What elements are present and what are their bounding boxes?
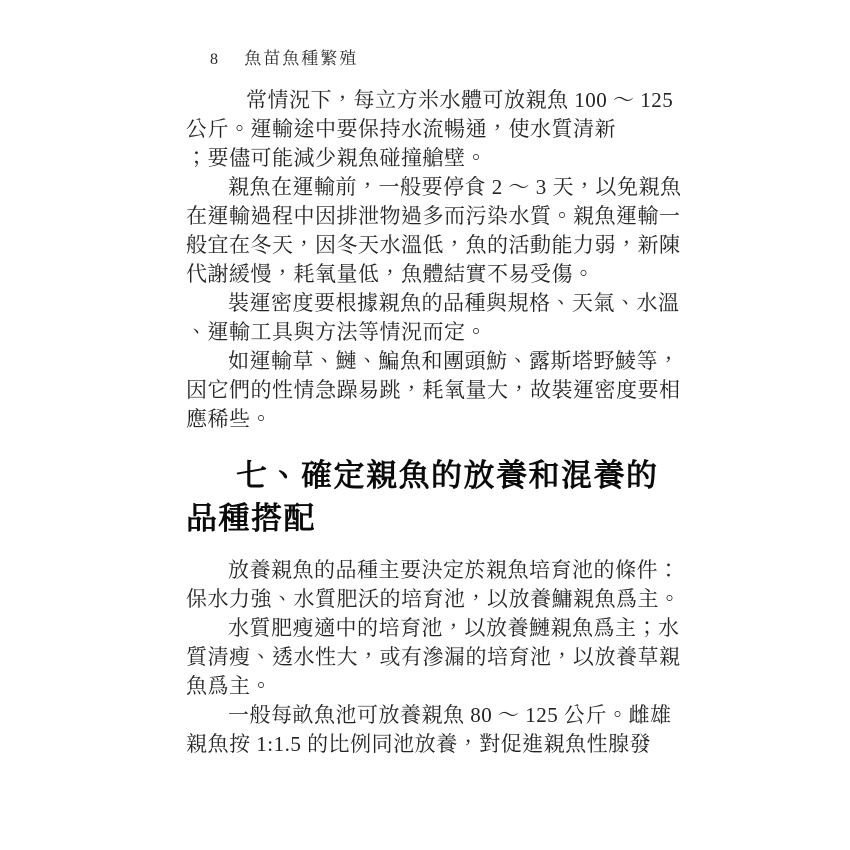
text-line: 如運輸草、鰱、鯿魚和團頭魴、露斯塔野鯪等， (186, 347, 696, 376)
text-line: 裝運密度要根據親魚的品種與規格、天氣、水溫 (186, 289, 696, 318)
text-line: 應稀些。 (186, 405, 696, 434)
text-line: 在運輸過程中因排泄物過多而污染水質。親魚運輸一 (186, 202, 696, 231)
paragraphs-bottom: 放養親魚的品種主要決定於親魚培育池的條件： 保水力強、水質肥沃的培育池，以放養鱅… (186, 556, 696, 759)
text-line: ；要儘可能減少親魚碰撞艙壁。 (186, 144, 696, 173)
text-line: 質清瘦、透水性大，或有滲漏的培育池，以放養草親 (186, 643, 696, 672)
text-line: 親魚在運輸前，一般要停食 2 ～ 3 天，以免親魚 (186, 173, 696, 202)
book-page: 8 魚苗魚種繁殖 常情況下，每立方米水體可放親魚 100 ～ 125 公斤。運輸… (0, 0, 850, 850)
text-line: 放養親魚的品種主要決定於親魚培育池的條件： (186, 556, 696, 585)
section-heading: 七、確定親魚的放養和混養的 品種搭配 (186, 455, 659, 541)
text-line: 代謝緩慢，耗氧量低，魚體結實不易受傷。 (186, 260, 696, 289)
text-line: 因它們的性情急躁易跳，耗氧量大，故裝運密度要相 (186, 376, 696, 405)
text-line: 、運輸工具與方法等情況而定。 (186, 318, 696, 347)
section-heading-line: 七、確定親魚的放養和混養的 (186, 455, 659, 498)
running-header: 8 魚苗魚種繁殖 (210, 44, 358, 69)
text-line: 魚爲主。 (186, 672, 696, 701)
text-line: 親魚按 1:1.5 的比例同池放養，對促進親魚性腺發 (186, 730, 696, 759)
page-number: 8 (210, 51, 218, 69)
paragraphs-top: 常情況下，每立方米水體可放親魚 100 ～ 125 公斤。運輸途中要保持水流暢通… (186, 86, 696, 434)
text-line: 保水力強、水質肥沃的培育池，以放養鱅親魚爲主。 (186, 585, 696, 614)
text-line: 一般每畝魚池可放養親魚 80 ～ 125 公斤。雌雄 (186, 701, 696, 730)
text-line: 常情況下，每立方米水體可放親魚 100 ～ 125 (186, 86, 696, 115)
text-line: 般宜在冬天，因冬天水溫低，魚的活動能力弱，新陳 (186, 231, 696, 260)
running-title: 魚苗魚種繁殖 (244, 49, 358, 68)
text-line: 公斤。運輸途中要保持水流暢通，使水質清新 (186, 115, 696, 144)
text-line: 水質肥瘦適中的培育池，以放養鰱親魚爲主；水 (186, 614, 696, 643)
section-heading-line: 品種搭配 (186, 498, 659, 541)
